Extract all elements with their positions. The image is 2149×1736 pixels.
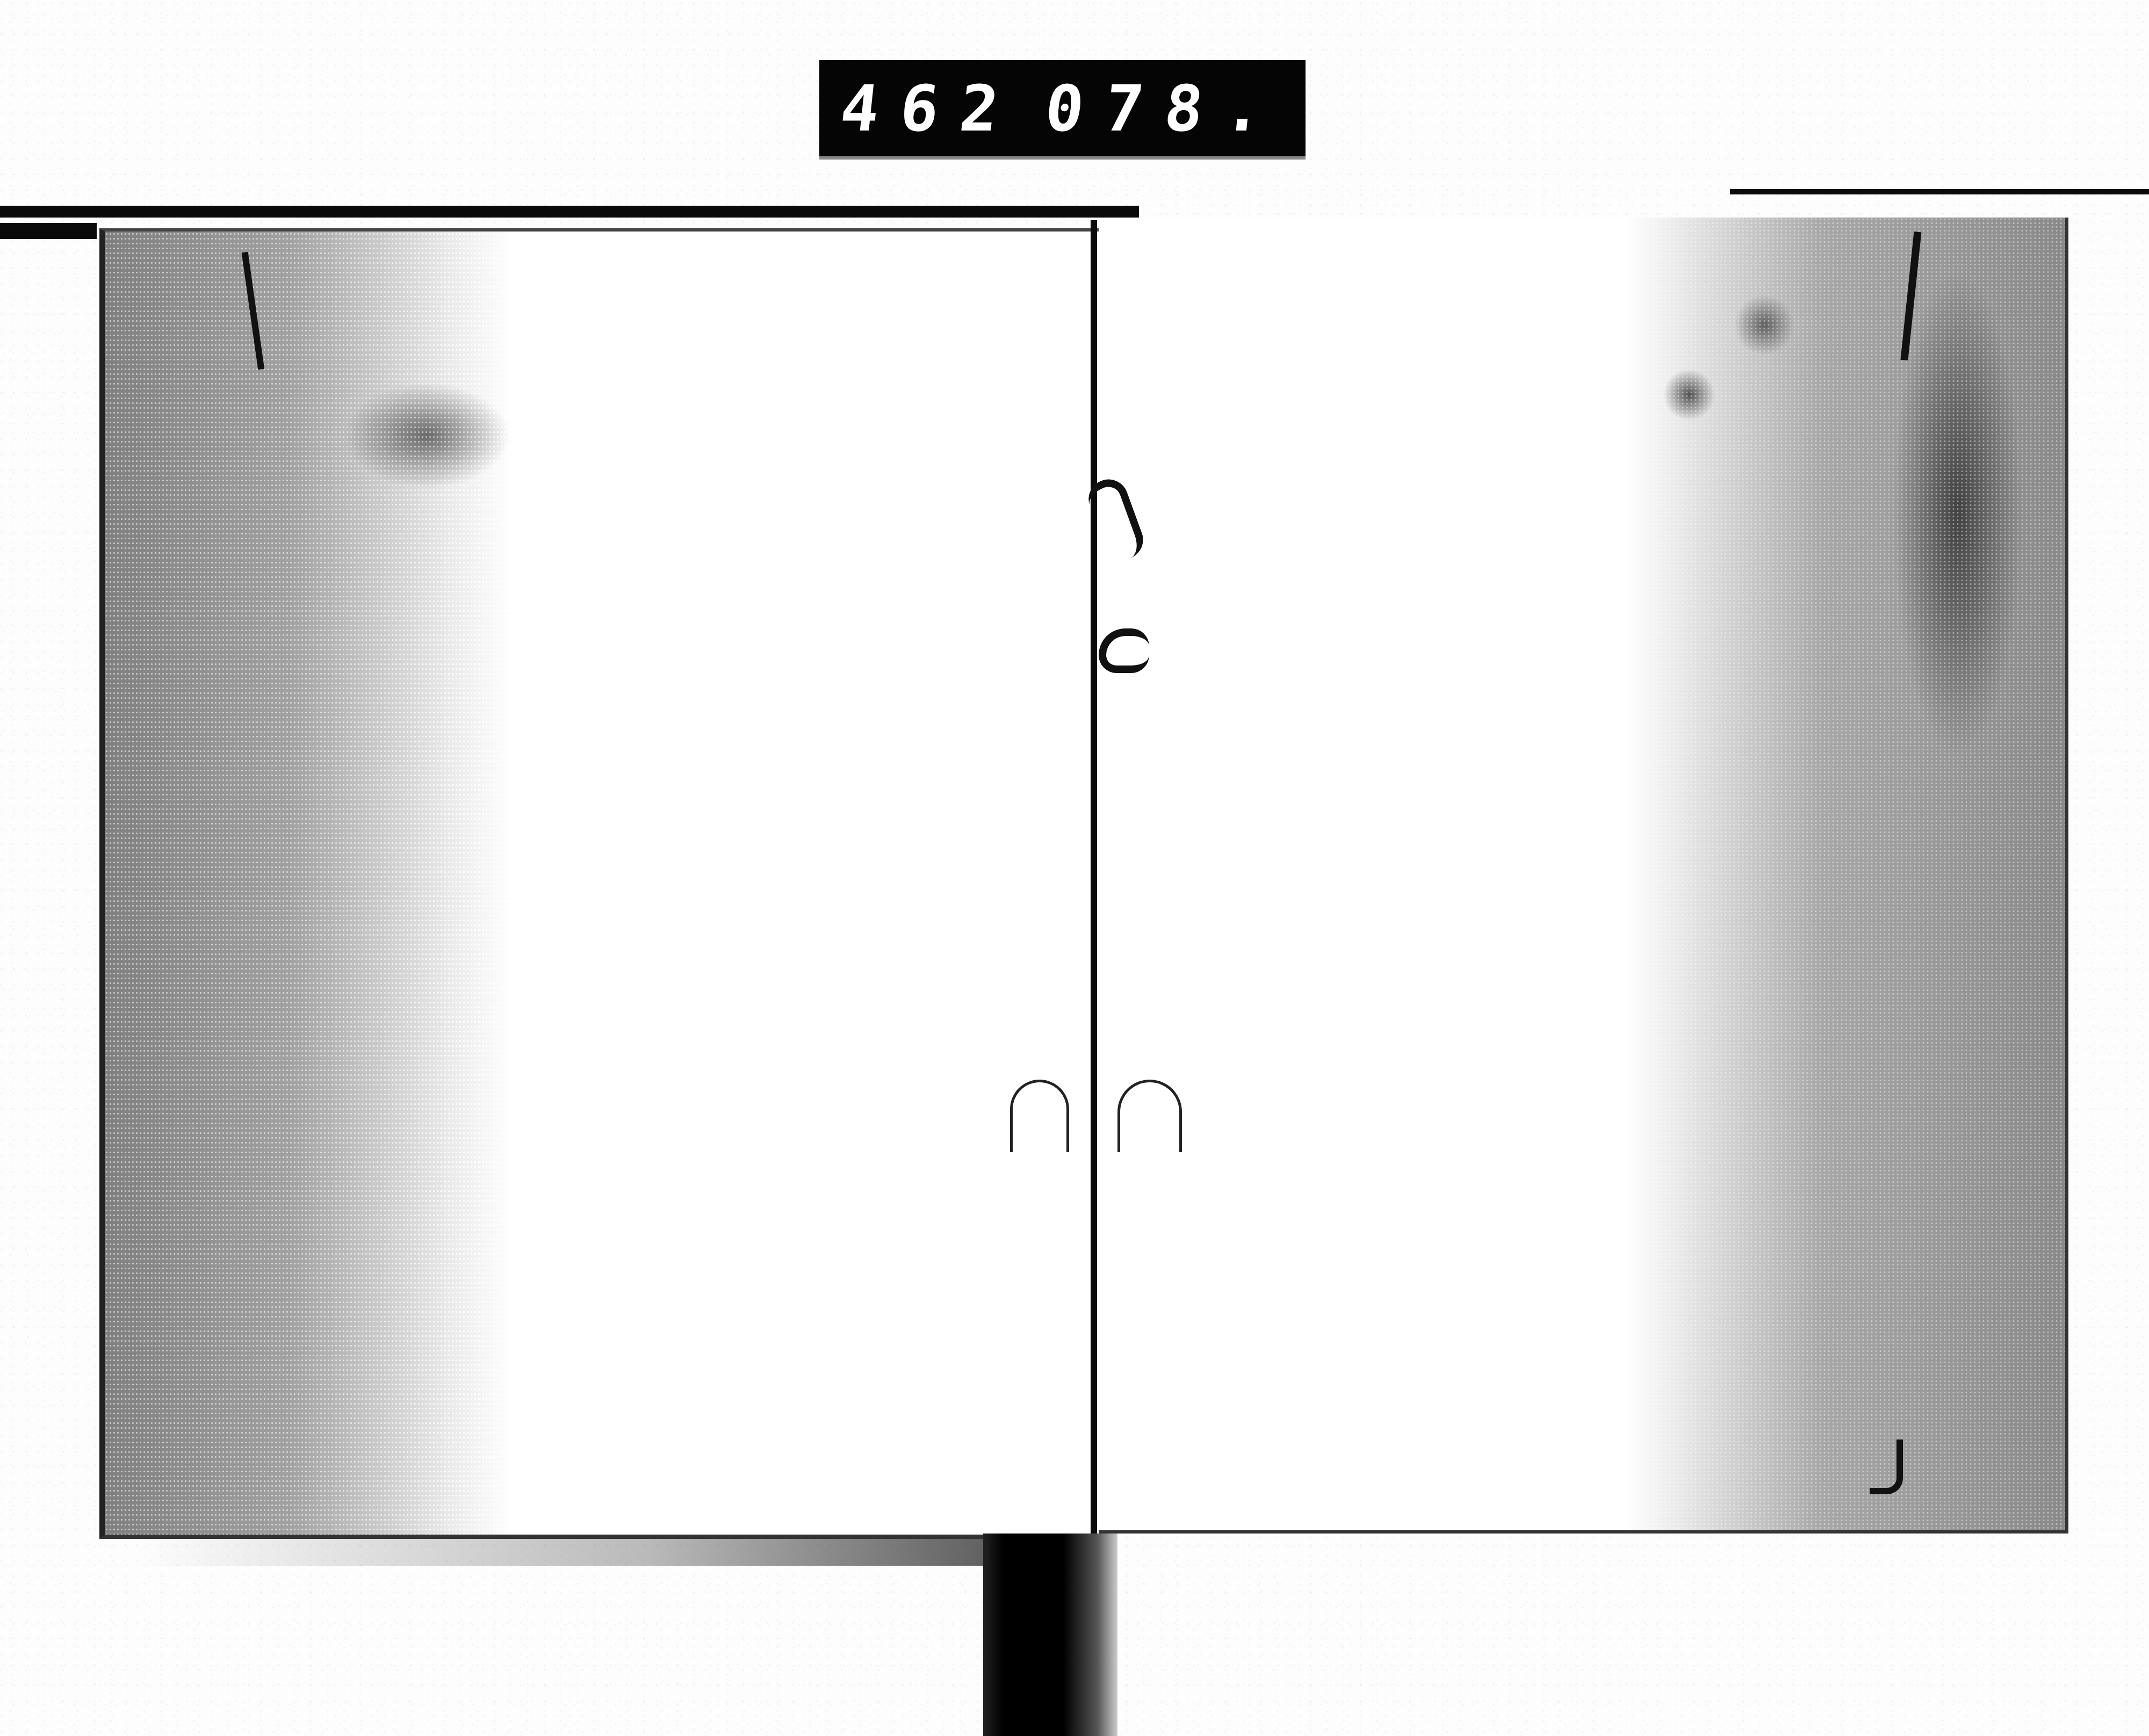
spine-shadow-block [983, 1534, 1117, 1736]
book-spine [1091, 220, 1097, 1536]
thread-loop-icon [1010, 1080, 1069, 1152]
bottom-edge-shadow [140, 1539, 989, 1566]
binding-thread-icon [1870, 1440, 1903, 1494]
cover-corner-left [0, 223, 97, 239]
cover-edge-top-right [1730, 189, 2149, 194]
thread-loop-icon [1117, 1080, 1182, 1152]
left-page [99, 228, 1099, 1539]
left-page-staining [105, 232, 513, 1535]
right-page-staining [1625, 218, 2065, 1530]
scan-background: 462 078. [0, 0, 2149, 1736]
archive-number-label: 462 078. [819, 60, 1306, 160]
archive-number-right: 078. [1042, 71, 1288, 146]
right-page [1099, 218, 2068, 1534]
cover-edge-top-left [0, 206, 1139, 218]
archive-number-left: 462 [837, 71, 1024, 146]
